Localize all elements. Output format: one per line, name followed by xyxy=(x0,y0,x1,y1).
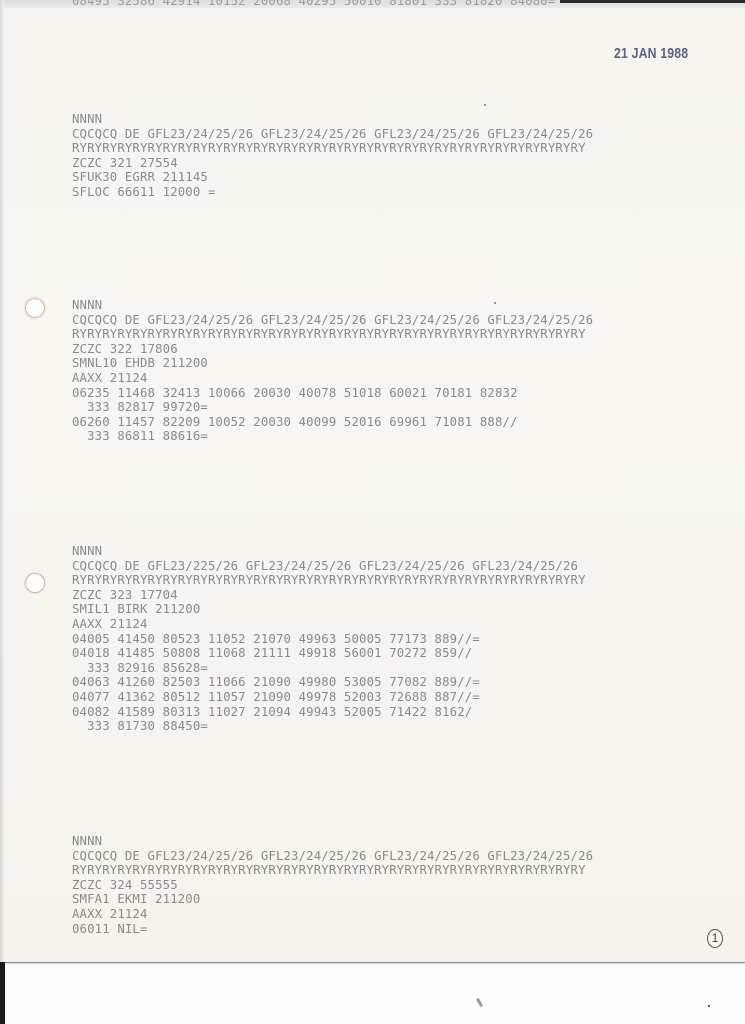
bulletin-line: CQCQCQ DE GFL23/225/26 GFL23/24/25/26 GF… xyxy=(72,559,578,574)
paper-speck xyxy=(494,302,496,304)
date-stamp: 21 JAN 1988 xyxy=(614,45,688,62)
bulletin-line: CQCQCQ DE GFL23/24/25/26 GFL23/24/25/26 … xyxy=(72,313,593,328)
bulletin-line: SMNL10 EHDB 211200 xyxy=(72,356,208,371)
background-speck xyxy=(476,998,483,1007)
message-separator: NNNN xyxy=(72,298,102,313)
bulletin-line: SFLOC 66611 12000 = xyxy=(72,185,216,200)
bulletin-line: AAXX 21124 xyxy=(72,617,148,632)
bulletin-line: 04005 41450 80523 11052 21070 49963 5000… xyxy=(72,632,480,647)
scan-border-strip xyxy=(0,962,5,1024)
bulletin-line: 06260 11457 82209 10052 20030 40099 5201… xyxy=(72,415,518,430)
bulletin-line: RYRYRYRYRYRYRYRYRYRYRYRYRYRYRYRYRYRYRYRY… xyxy=(72,327,586,342)
background-speck xyxy=(708,1005,710,1007)
bulletin-line: 04082 41589 80313 11027 21094 49943 5200… xyxy=(72,705,472,720)
bulletin-line: SMFA1 EKMI 211200 xyxy=(72,892,200,907)
scanner-edge-artifact xyxy=(560,0,745,3)
bulletin-line: ZCZC 323 17704 xyxy=(72,588,178,603)
bulletin-line: AAXX 21124 xyxy=(72,907,148,922)
bulletin-line: CQCQCQ DE GFL23/24/25/26 GFL23/24/25/26 … xyxy=(72,849,593,864)
message-separator: NNNN xyxy=(72,544,102,559)
punch-hole-upper xyxy=(25,298,45,318)
bulletin-line: AAXX 21124 xyxy=(72,371,148,386)
bulletin-line: RYRYRYRYRYRYRYRYRYRYRYRYRYRYRYRYRYRYRYRY… xyxy=(72,141,586,156)
bulletin-line: 333 82916 85628= xyxy=(72,661,208,676)
bulletin-line: ZCZC 321 27554 xyxy=(72,156,178,171)
bulletin-line: 333 81730 88450= xyxy=(72,719,208,734)
bulletin-line: ZCZC 322 17806 xyxy=(72,342,178,357)
punch-hole-lower xyxy=(25,573,45,593)
bulletin-line: 333 82817 99720= xyxy=(72,400,208,415)
bulletin-line: RYRYRYRYRYRYRYRYRYRYRYRYRYRYRYRYRYRYRYRY… xyxy=(72,573,586,588)
bulletin-line: 333 86811 88616= xyxy=(72,429,208,444)
left-paper-edge xyxy=(0,0,4,962)
bulletin-line: ZCZC 324 55555 xyxy=(72,878,178,893)
cut-off-top-line: 08495 32586 42914 10152 20068 40295 5001… xyxy=(72,0,555,8)
bulletin-line: RYRYRYRYRYRYRYRYRYRYRYRYRYRYRYRYRYRYRYRY… xyxy=(72,863,586,878)
message-separator: NNNN xyxy=(72,834,102,849)
paper-speck xyxy=(484,104,486,106)
bulletin-line: SFUK30 EGRR 211145 xyxy=(72,170,208,185)
bulletin-line: 06235 11468 32413 10066 20030 40078 5101… xyxy=(72,386,518,401)
bulletin-line: 04063 41260 82503 11066 21090 49980 5300… xyxy=(72,675,480,690)
bulletin-line: 04018 41485 50808 11068 21111 49918 5600… xyxy=(72,646,472,661)
handwritten-page-number: 1 xyxy=(707,929,723,948)
bulletin-line: CQCQCQ DE GFL23/24/25/26 GFL23/24/25/26 … xyxy=(72,127,593,142)
bulletin-line: 06011 NIL= xyxy=(72,922,148,937)
paper-sheet: 08495 32586 42914 10152 20068 40295 5001… xyxy=(0,0,745,963)
bulletin-line: SMIL1 BIRK 211200 xyxy=(72,602,200,617)
bulletin-line: 04077 41362 80512 11057 21090 49978 5200… xyxy=(72,690,480,705)
message-separator: NNNN xyxy=(72,112,102,127)
